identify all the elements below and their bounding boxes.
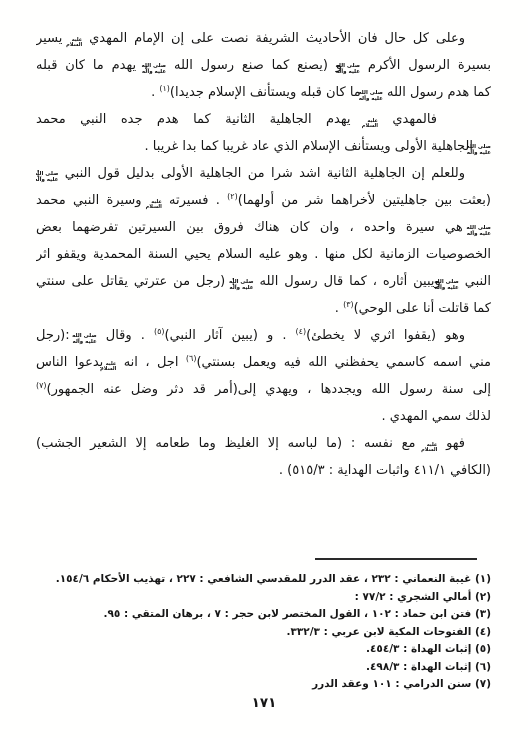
footnote-item: (٦) إثبات الهداة : ٤٩٨/٣. (36, 659, 491, 677)
text-line: لذلك سمي المهدي . (36, 404, 491, 431)
honorific-as-stamp-icon: عليهالسلام (424, 443, 437, 454)
text-line: النبي صلى اللهعليه وآلهويبين أثاره ، كما… (36, 269, 491, 296)
text-line: (بعثت بين جاهليتين لأخراهما شر من أولهما… (36, 188, 491, 215)
text-line: الخصوصيات الزمانية لكل منها . وهو عليه ا… (36, 242, 491, 269)
page-number: ١٧١ (0, 695, 528, 711)
honorific-pbuh-stamp-icon: صلى اللهعليه وآله (473, 144, 491, 156)
footnote-item: (٥) إثبات الهداة : ٤٥٤/٣. (36, 641, 491, 659)
footnote-ref: (٦) (186, 354, 197, 363)
main-text-block: وعلى كل حال فان الأحاديث الشريفة نصت على… (36, 26, 491, 485)
honorific-pbuh-stamp-icon: صلى اللهعليه وآله (148, 63, 166, 75)
text-line: فالمهدي عليهالسلام يهدم الجاهلية الثانية… (36, 107, 491, 134)
honorific-pbuh-stamp-icon: صلى اللهعليه وآله (236, 279, 254, 291)
footnote-item: (٧) سنن الدرامي : ١٠١ وعقد الدرر (36, 676, 491, 694)
text-line: صلى اللهعليه وآله هي سيرة واحده ، وان كا… (36, 215, 491, 242)
book-page: وعلى كل حال فان الأحاديث الشريفة نصت على… (0, 0, 528, 738)
honorific-as-stamp-icon: عليهالسلام (103, 362, 116, 373)
honorific-pbuh-stamp-icon: صلى اللهعليه وآله (473, 225, 491, 237)
text-line: فهو عليهالسلام مع نفسه : (ما لباسه إلا ا… (36, 431, 491, 458)
footnote-item: (١) غيبة النعماني : ٢٣٢ ، عقد الدرر للمق… (36, 571, 491, 589)
text-line: صلى اللهعليه وآلهالجاهلية الأولى ويستأنف… (36, 134, 491, 161)
footnotes-section: (١) غيبة النعماني : ٢٣٢ ، عقد الدرر للمق… (36, 552, 491, 694)
honorific-pbuh-stamp-icon: صلى اللهعليه وآله (365, 90, 383, 102)
text-line: وعلى كل حال فان الأحاديث الشريفة نصت على… (36, 26, 491, 53)
honorific-as-stamp-icon: عليهالسلام (365, 119, 378, 130)
footnote-ref: (٢) (227, 192, 238, 201)
honorific-pbuh-stamp-icon: صلى اللهعليه وآله (79, 333, 97, 345)
footnote-ref: (٤) (296, 327, 307, 336)
honorific-as-stamp-icon: عليهالسلام (69, 38, 82, 49)
footnote-ref: (٧) (36, 381, 47, 390)
honorific-pbuh-stamp-icon: صلى اللهعليه وآله (441, 279, 459, 291)
footnote-ref: (٥) (154, 327, 165, 336)
footnote-item: (٢) أمالي الشجري : ٧٧/٢ : (36, 589, 491, 607)
text-line: (الكافي ٤١١/١ واثبات الهداية : ٥١٥/٣) . (36, 458, 491, 485)
text-line: كما هدم رسول الله صلى اللهعليه وآله ما ك… (36, 80, 491, 107)
text-line: كما قاتلت أنا على الوحي)(٣) . (36, 296, 491, 323)
text-line: وللعلم إن الجاهلية الثانية اشد شرا من ال… (36, 161, 491, 188)
honorific-pbuh-stamp-icon: صلى اللهعليه وآله (342, 63, 360, 75)
text-line: بسيرة الرسول الأكرم صلى اللهعليه وآلهو (… (36, 53, 491, 80)
honorific-as-stamp-icon: عليهالسلام (149, 200, 162, 211)
text-line: إلى سنة رسول الله ويجددها ، ويهدي إلى(أم… (36, 377, 491, 404)
text-line: مني اسمه كاسمي يحفظني الله فيه ويعمل بسن… (36, 350, 491, 377)
footnote-ref: (٣) (343, 300, 354, 309)
honorific-pbuh-stamp-icon: صلى اللهعليه وآله (40, 171, 58, 183)
footnotes-list: (١) غيبة النعماني : ٢٣٢ ، عقد الدرر للمق… (36, 571, 491, 694)
footnote-separator-line (315, 558, 477, 560)
footnote-item: (٤) الفتوحات المكية لابن عربي : ٣٣٢/٣. (36, 624, 491, 642)
footnote-item: (٣) فتن ابن حماد : ١٠٢ ، القول المختصر ل… (36, 606, 491, 624)
text-line: وهو (يقفوا اثري لا يخطئ)(٤) . و (يبين آث… (36, 323, 491, 350)
footnote-ref: (١) (159, 84, 170, 93)
